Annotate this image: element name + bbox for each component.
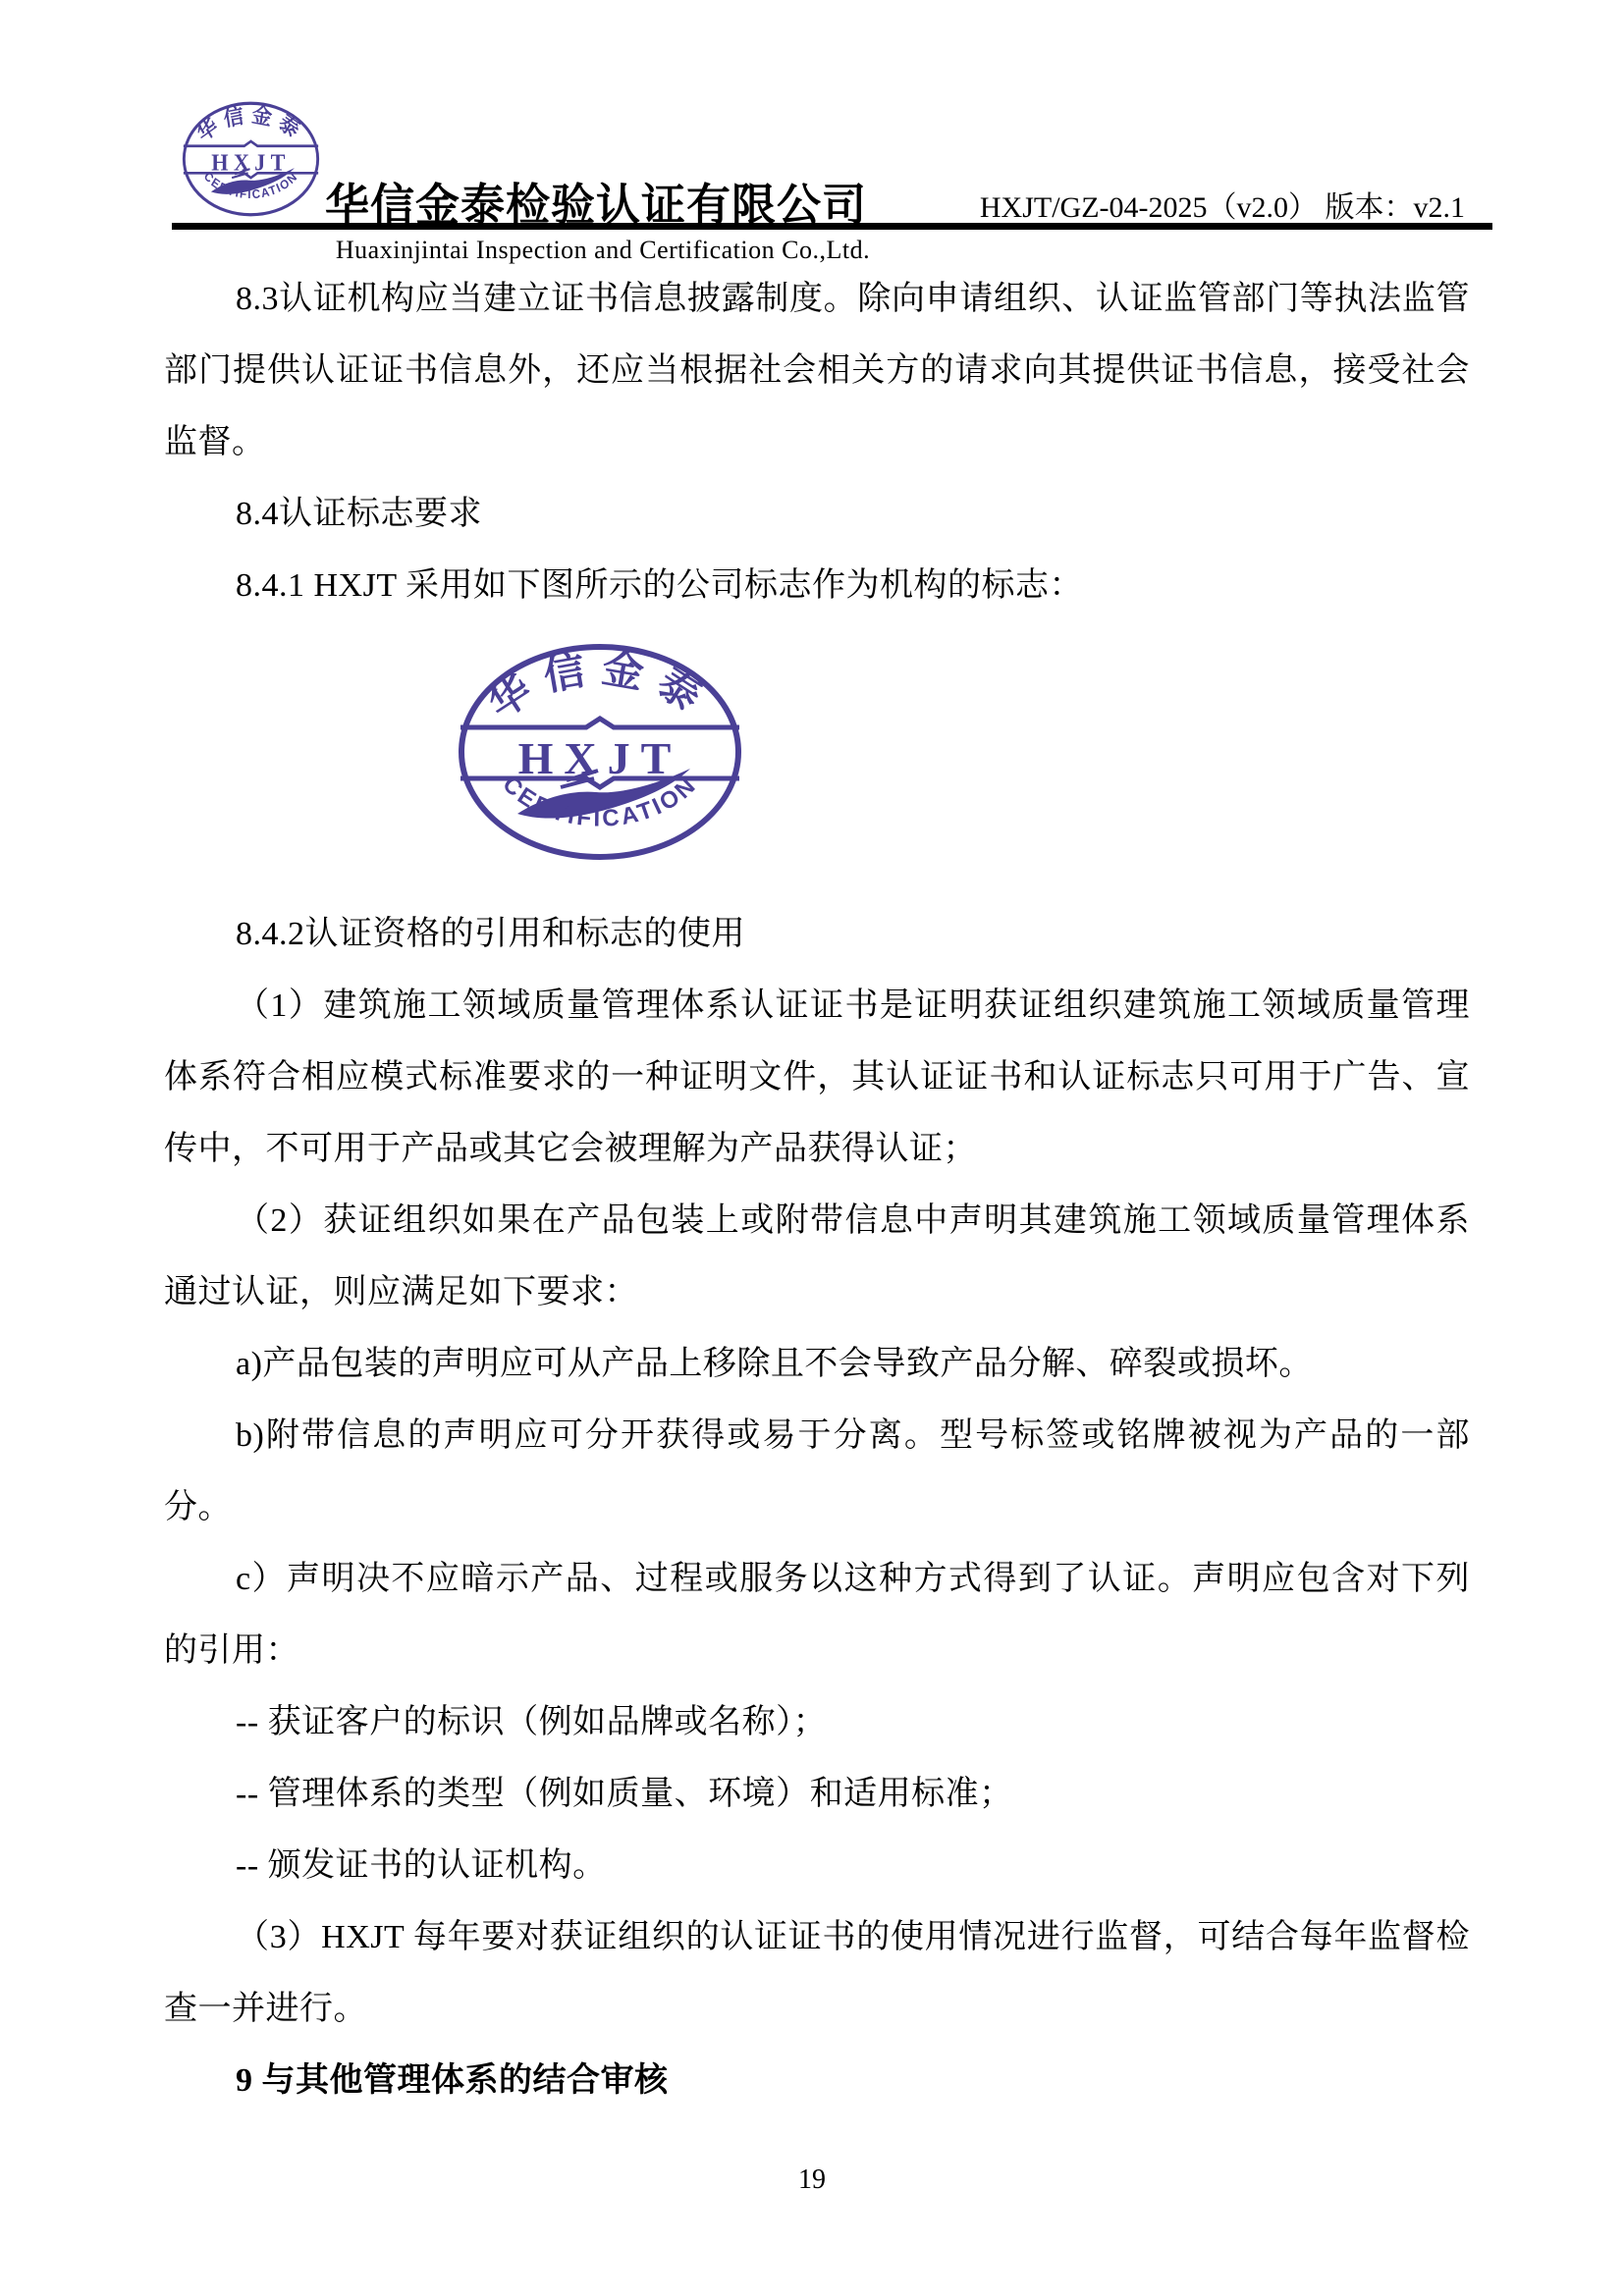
paragraph-item-c: c）声明决不应暗示产品、过程或服务以这种方式得到了认证。声明应包含对下列的引用： bbox=[164, 1543, 1470, 1686]
list-item-cert-body: -- 颁发证书的认证机构。 bbox=[164, 1830, 1470, 1901]
seal-logo-large-icon: 华信金泰 HXJT CERTIFICATION bbox=[453, 639, 747, 865]
heading-8-4: 8.4认证标志要求 bbox=[164, 478, 1470, 550]
paragraph-item-1: （1）建筑施工领域质量管理体系认证证书是证明获证组织建筑施工领域质量管理体系符合… bbox=[164, 970, 1470, 1185]
logo-top-text: 华信金泰 bbox=[192, 101, 309, 146]
list-item-system-type: -- 管理体系的类型（例如质量、环境）和适用标准； bbox=[164, 1758, 1470, 1830]
company-name-en: Huaxinjintai Inspection and Certificatio… bbox=[259, 236, 947, 265]
logo-hxjt-text: HXJT bbox=[211, 150, 291, 177]
paragraph-item-3: （3）HXJT 每年要对获证组织的认证证书的使用情况进行监督，可结合每年监督检查… bbox=[164, 1901, 1470, 2045]
seal-logo-icon: 华信金泰 HXJT CERTIFICATION bbox=[180, 99, 322, 219]
heading-8-4-1: 8.4.1 HXJT 采用如下图所示的公司标志作为机构的标志： bbox=[164, 550, 1470, 621]
logo-top-text: 华信金泰 bbox=[480, 645, 720, 727]
heading-8-4-2: 8.4.2认证资格的引用和标志的使用 bbox=[164, 898, 1470, 970]
paragraph-item-a: a)产品包装的声明应可从产品上移除且不会导致产品分解、碎裂或损坏。 bbox=[164, 1328, 1470, 1400]
company-seal-logo: 华信金泰 HXJT CERTIFICATION bbox=[180, 99, 322, 219]
paragraph-item-b: b)附带信息的声明应可分开获得或易于分离。型号标签或铭牌被视为产品的一部分。 bbox=[164, 1400, 1470, 1543]
header-rule bbox=[172, 223, 1492, 230]
company-logo-figure: 华信金泰 HXJT CERTIFICATION bbox=[453, 639, 747, 865]
paragraph-8-3: 8.3认证机构应当建立证书信息披露制度。除向申请组织、认证监管部门等执法监管部门… bbox=[164, 263, 1470, 478]
document-body: 8.3认证机构应当建立证书信息披露制度。除向申请组织、认证监管部门等执法监管部门… bbox=[164, 263, 1470, 2116]
paragraph-item-2: （2）获证组织如果在产品包装上或附带信息中声明其建筑施工领域质量管理体系通过认证… bbox=[164, 1185, 1470, 1328]
document-number: HXJT/GZ-04-2025（v2.0） 版本：v2.1 bbox=[980, 183, 1465, 226]
list-item-client-id: -- 获证客户的标识（例如品牌或名称）； bbox=[164, 1686, 1470, 1758]
logo-hxjt-text: HXJT bbox=[518, 733, 682, 783]
heading-9: 9 与其他管理体系的结合审核 bbox=[164, 2045, 1470, 2116]
page-number: 19 bbox=[0, 2164, 1624, 2196]
